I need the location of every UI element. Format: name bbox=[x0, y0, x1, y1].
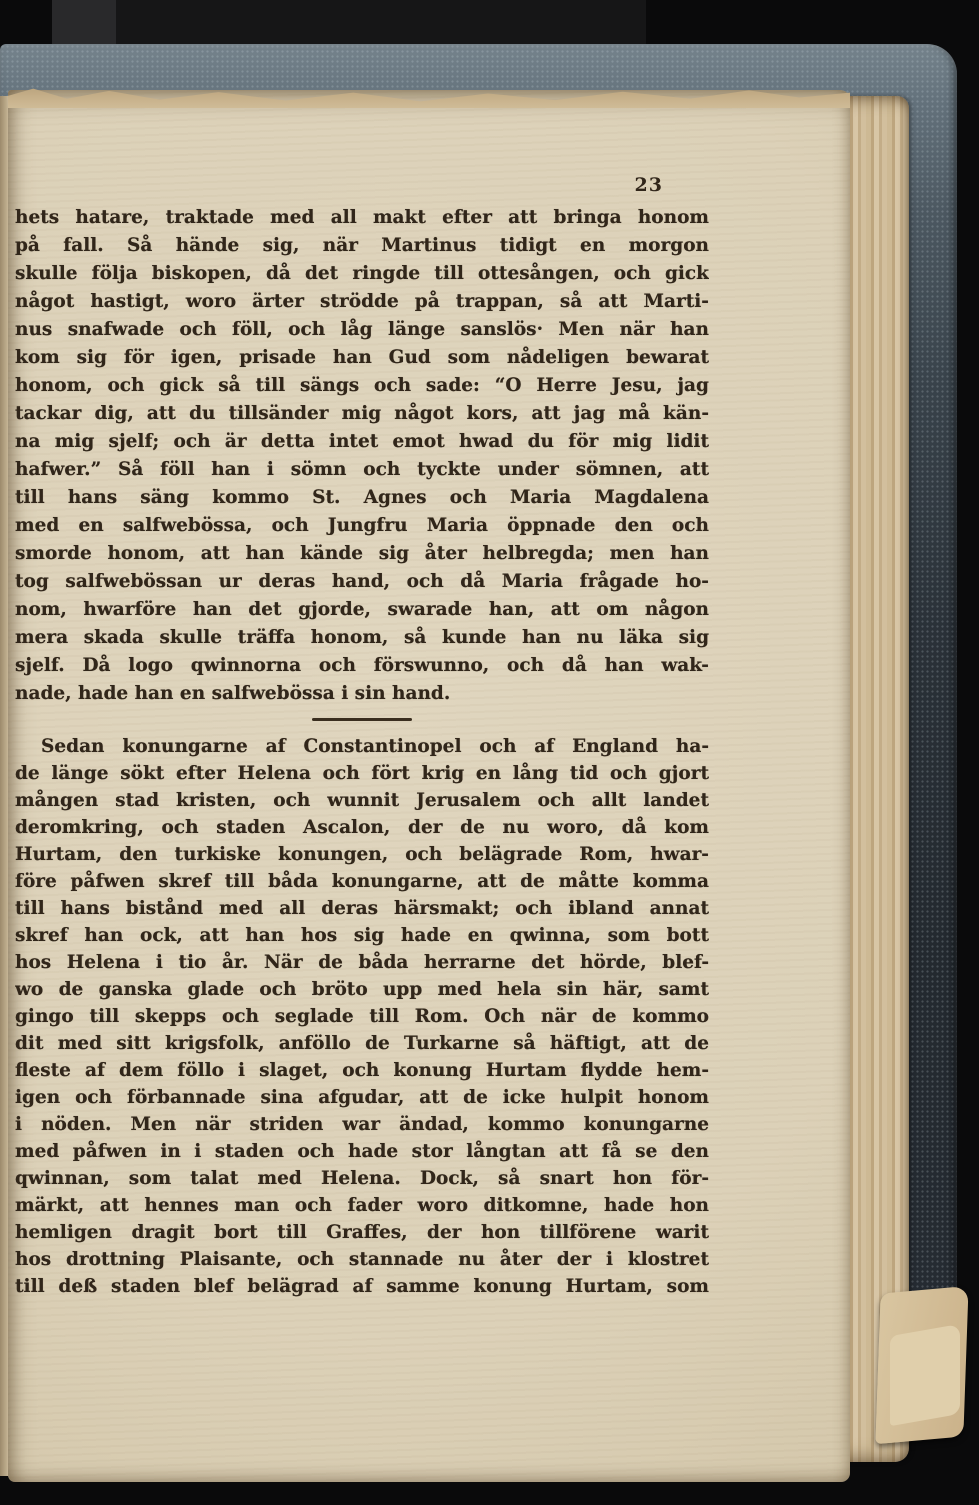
text-line: mången stad kristen, och wunnit Jerusale… bbox=[15, 787, 709, 814]
background-shadow bbox=[116, 0, 646, 48]
text-line: nade, hade han en salfwebössa i sin hand… bbox=[15, 680, 709, 708]
text-line: skref han ock, att han hos sig hade en q… bbox=[15, 922, 709, 949]
loose-page-corner bbox=[890, 1324, 960, 1426]
text-line: de länge sökt efter Helena och fört krig… bbox=[15, 760, 709, 787]
text-line: till hans bistånd med all deras härsmakt… bbox=[15, 895, 709, 922]
text-line: skulle följa biskopen, då det ringde til… bbox=[15, 260, 709, 288]
text-line: hos Helena i tio år. När de båda herrarn… bbox=[15, 949, 709, 976]
text-line: Hurtam, den turkiske konungen, och beläg… bbox=[15, 841, 709, 868]
text-line: något hastigt, woro ärter strödde på tra… bbox=[15, 288, 709, 316]
text-block: 23 hets hatare, traktade med all makt ef… bbox=[15, 174, 709, 1300]
page-number: 23 bbox=[15, 174, 709, 204]
text-line: igen och förbannade sina afgudar, att de… bbox=[15, 1084, 709, 1111]
text-line: fleste af dem föllo i slaget, och konung… bbox=[15, 1057, 709, 1084]
text-line: med en salfwebössa, och Jungfru Maria öp… bbox=[15, 512, 709, 540]
text-line: tog salfwebössan ur deras hand, och då M… bbox=[15, 568, 709, 596]
text-line: i nöden. Men när striden war ändad, komm… bbox=[15, 1111, 709, 1138]
text-line: hos drottning Plaisante, och stannade nu… bbox=[15, 1246, 709, 1273]
text-line: på fall. Så hände sig, när Martinus tidi… bbox=[15, 232, 709, 260]
text-line: före påfwen skref till båda konungarne, … bbox=[15, 868, 709, 895]
paragraph-1: hets hatare, traktade med all makt efter… bbox=[15, 204, 709, 708]
text-line: wo de ganska glade och bröto upp med hel… bbox=[15, 976, 709, 1003]
paragraph-2: Sedan konungarne af Constantinopel och a… bbox=[15, 733, 709, 1300]
text-line: Sedan konungarne af Constantinopel och a… bbox=[15, 733, 709, 760]
text-line: tackar dig, att du tillsänder mig något … bbox=[15, 400, 709, 428]
text-line: nom, hwarföre han det gjorde, swarade ha… bbox=[15, 596, 709, 624]
text-line: gingo till skepps och seglade till Rom. … bbox=[15, 1003, 709, 1030]
text-line: hets hatare, traktade med all makt efter… bbox=[15, 204, 709, 232]
scanned-book-photo: 23 hets hatare, traktade med all makt ef… bbox=[0, 0, 979, 1505]
text-line: kom sig för igen, prisade han Gud som nå… bbox=[15, 344, 709, 372]
text-line: till deß staden blef belägrad af samme k… bbox=[15, 1273, 709, 1300]
text-line: deromkring, och staden Ascalon, der de n… bbox=[15, 814, 709, 841]
section-divider bbox=[312, 718, 412, 721]
text-line: märkt, att hennes man och fader woro dit… bbox=[15, 1192, 709, 1219]
book-page: 23 hets hatare, traktade med all makt ef… bbox=[8, 90, 850, 1482]
text-line: qwinnan, som talat med Helena. Dock, så … bbox=[15, 1165, 709, 1192]
text-line: nus snafwade och föll, och låg länge san… bbox=[15, 316, 709, 344]
text-line: hemligen dragit bort till Graffes, der h… bbox=[15, 1219, 709, 1246]
text-line: dit med sitt krigsfolk, anföllo de Turka… bbox=[15, 1030, 709, 1057]
text-line: smorde honom, att han kände sig åter hel… bbox=[15, 540, 709, 568]
text-line: med påfwen in i staden och hade stor lån… bbox=[15, 1138, 709, 1165]
text-line: na mig sjelf; och är detta intet emot hw… bbox=[15, 428, 709, 456]
text-line: honom, och gick så till sängs och sade: … bbox=[15, 372, 709, 400]
text-line: hafwer.” Så föll han i sömn och tyckte u… bbox=[15, 456, 709, 484]
text-line: sjelf. Då logo qwinnorna och förswunno, … bbox=[15, 652, 709, 680]
page-edge-stack bbox=[845, 96, 909, 1462]
text-line: mera skada skulle träffa honom, så kunde… bbox=[15, 624, 709, 652]
text-line: till hans säng kommo St. Agnes och Maria… bbox=[15, 484, 709, 512]
